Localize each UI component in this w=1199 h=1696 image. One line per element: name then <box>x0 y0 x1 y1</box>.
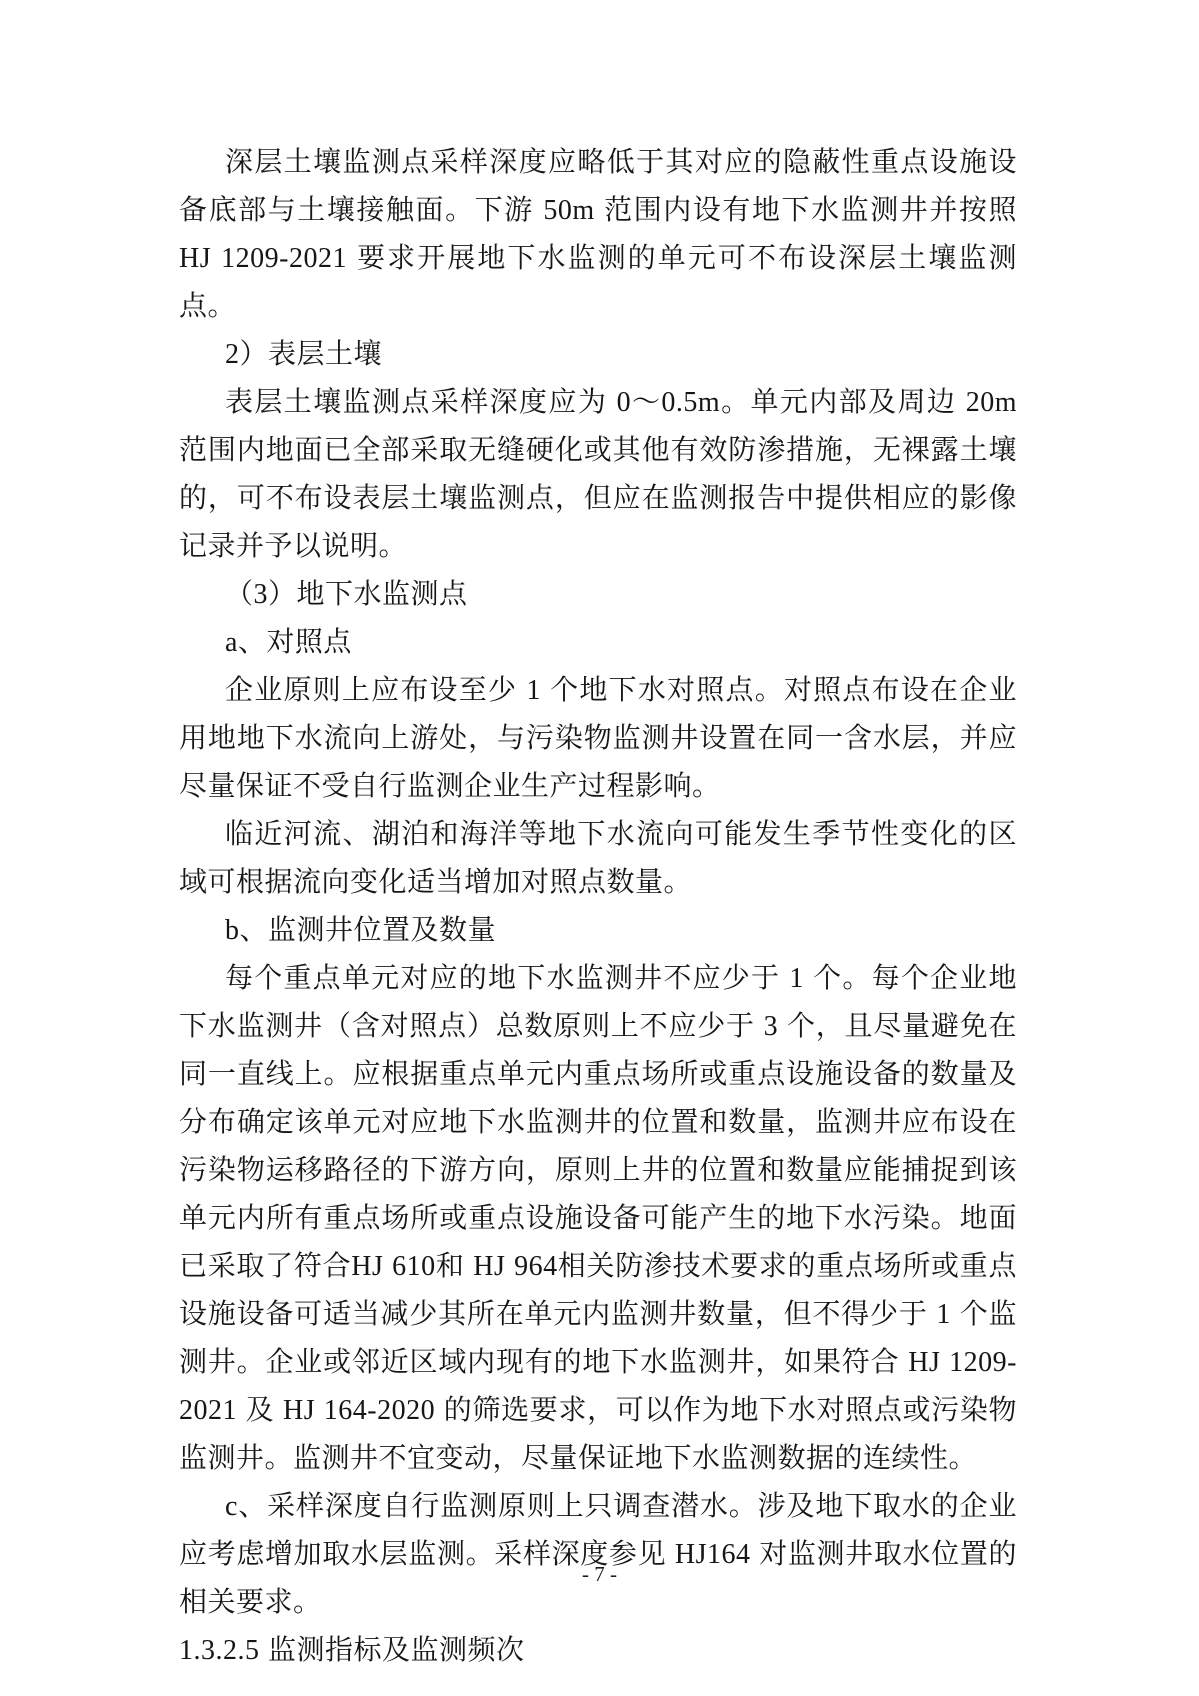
subheading-groundwater-monitoring-points: （3）地下水监测点 <box>179 571 1017 619</box>
para-sampling-depth-rules: c、采样深度自行监测原则上只调查潜水。涉及地下取水的企业应考虑增加取水层监测。采… <box>179 1483 1017 1627</box>
heading-monitoring-indicators-frequency: 1.3.2.5 监测指标及监测频次 <box>179 1627 1017 1675</box>
document-body: 深层土壤监测点采样深度应略低于其对应的隐蔽性重点设施设备底部与土壤接触面。下游 … <box>179 139 1017 1675</box>
para-control-point-placement: 企业原则上应布设至少 1 个地下水对照点。对照点布设在企业用地地下水流向上游处，… <box>179 667 1017 811</box>
subheading-surface-soil: 2）表层土壤 <box>179 331 1017 379</box>
para-deep-soil-sampling-depth: 深层土壤监测点采样深度应略低于其对应的隐蔽性重点设施设备底部与土壤接触面。下游 … <box>179 139 1017 331</box>
document-page: 深层土壤监测点采样深度应略低于其对应的隐蔽性重点设施设备底部与土壤接触面。下游 … <box>0 0 1199 1696</box>
para-seasonal-flow-variation: 临近河流、湖泊和海洋等地下水流向可能发生季节性变化的区域可根据流向变化适当增加对… <box>179 811 1017 907</box>
page-number: - 7 - <box>0 1561 1199 1587</box>
para-surface-soil-sampling-depth: 表层土壤监测点采样深度应为 0～0.5m。单元内部及周边 20m 范围内地面已全… <box>179 379 1017 571</box>
subheading-well-position-quantity: b、监测井位置及数量 <box>179 907 1017 955</box>
subheading-control-point: a、对照点 <box>179 619 1017 667</box>
para-well-position-quantity-rules: 每个重点单元对应的地下水监测井不应少于 1 个。每个企业地下水监测井（含对照点）… <box>179 955 1017 1483</box>
